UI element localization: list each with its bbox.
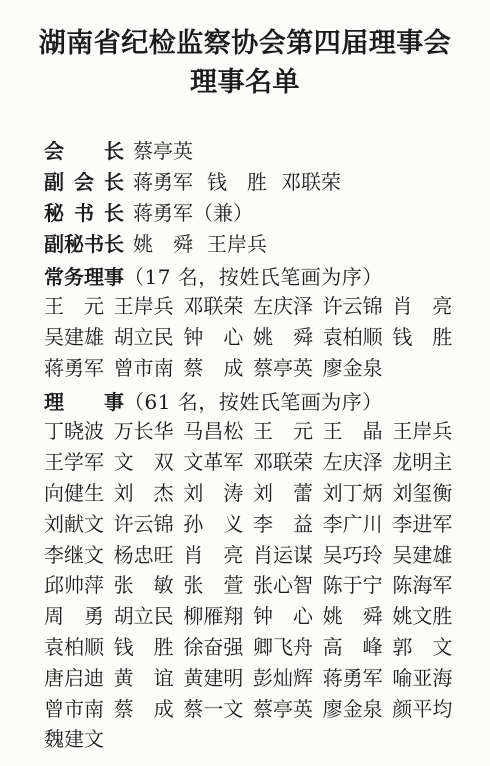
member-name: 许云锦	[323, 291, 393, 322]
member-name: 邓联荣	[253, 447, 323, 478]
member-name: 袁柏顺	[44, 632, 114, 663]
member-name: 蒋勇军	[44, 353, 114, 384]
officer-list: 会长蔡亭英副会长蒋勇军钱胜邓联荣秘书长蒋勇军（兼）副秘书长姚舜王岸兵	[44, 134, 462, 258]
member-name: 王学军	[44, 447, 114, 478]
member-name: 邓联荣	[183, 291, 253, 322]
member-name: 刘丁炳	[323, 478, 393, 509]
document-title: 湖南省纪检监察协会第四届理事会 理事名单	[0, 0, 490, 102]
section-note: （17 名，按姓氏笔画为序）	[124, 261, 383, 290]
section-title-label: 常务理事	[44, 261, 124, 290]
member-name: 卿飞舟	[253, 632, 323, 663]
officer-names: 姚舜王岸兵	[133, 228, 281, 257]
member-name: 周勇	[44, 601, 104, 632]
member-name: 刘玺衡	[392, 478, 462, 509]
member-name: 肖亮	[392, 291, 452, 322]
member-name: 李继文	[44, 540, 114, 571]
member-name: 钱胜	[114, 632, 174, 663]
member-name: 李益	[253, 509, 313, 540]
member-name: 刘蕾	[253, 478, 313, 509]
officer-row-3: 副秘书长姚舜王岸兵	[44, 227, 462, 258]
member-name: 丁晓波	[44, 416, 114, 447]
member-name: 廖金泉	[323, 694, 393, 725]
member-name: 陈于宁	[323, 570, 393, 601]
member-grid: 王元王岸兵邓联荣左庆泽许云锦肖亮吴建雄胡立民钟心姚舜袁柏顺钱胜蒋勇军曾市南蔡成蔡…	[44, 291, 462, 383]
member-name: 刘涛	[183, 478, 243, 509]
member-name: 袁柏顺	[323, 322, 393, 353]
section-header: 理事（61 名，按姓氏笔画为序）	[44, 385, 462, 416]
section-title-label: 理事	[44, 386, 124, 415]
officer-name: 钱胜	[207, 166, 267, 195]
member-name: 高峰	[323, 632, 383, 663]
member-name: 魏建文	[44, 724, 114, 755]
officer-row-2: 秘书长蒋勇军（兼）	[44, 196, 462, 227]
member-name: 黄谊	[114, 663, 174, 694]
title-line-1: 湖南省纪检监察协会第四届理事会	[0, 24, 490, 63]
member-name: 蔡成	[114, 694, 174, 725]
member-name: 左庆泽	[253, 291, 323, 322]
officer-name: 蒋勇军	[133, 197, 193, 226]
member-name: 文革军	[183, 447, 253, 478]
member-name: 廖金泉	[323, 353, 393, 384]
officer-title-label: 副会长	[44, 166, 124, 195]
member-name: 蔡亭英	[253, 694, 323, 725]
officer-name: 姚舜	[133, 228, 193, 257]
document-body: 会长蔡亭英副会长蒋勇军钱胜邓联荣秘书长蒋勇军（兼）副秘书长姚舜王岸兵 常务理事（…	[0, 102, 490, 755]
member-name: 钱胜	[392, 322, 452, 353]
member-name: 陈海军	[392, 570, 462, 601]
member-name: 颜平均	[392, 694, 462, 725]
member-name: 钟心	[253, 601, 313, 632]
member-name: 杨忠旺	[114, 540, 184, 571]
member-name: 蔡一文	[183, 694, 253, 725]
title-line-2: 理事名单	[0, 63, 490, 102]
member-name: 胡立民	[114, 322, 184, 353]
member-name: 钟心	[183, 322, 243, 353]
member-name: 吴建雄	[44, 322, 114, 353]
member-name: 蔡成	[183, 353, 243, 384]
member-sections: 常务理事（17 名，按姓氏笔画为序）王元王岸兵邓联荣左庆泽许云锦肖亮吴建雄胡立民…	[44, 260, 462, 755]
member-name: 吴建雄	[392, 540, 462, 571]
member-name: 左庆泽	[323, 447, 393, 478]
member-name: 姚舜	[323, 601, 383, 632]
member-name: 王岸兵	[114, 291, 184, 322]
member-name: 胡立民	[114, 601, 184, 632]
officer-names: 蔡亭英	[133, 135, 207, 164]
member-name: 喻亚海	[392, 663, 462, 694]
officer-title-label: 副秘书长	[44, 228, 124, 257]
member-name: 王元	[44, 291, 104, 322]
officer-name: 王岸兵	[207, 228, 267, 257]
member-name: 肖亮	[183, 540, 243, 571]
member-name: 黄建明	[183, 663, 253, 694]
member-name: 张敏	[114, 570, 174, 601]
member-name: 王元	[253, 416, 313, 447]
section-header: 常务理事（17 名，按姓氏笔画为序）	[44, 260, 462, 291]
member-name: 蒋勇军	[323, 663, 393, 694]
officer-names: 蒋勇军（兼）	[133, 197, 253, 226]
officer-name-suffix: （兼）	[193, 197, 253, 226]
member-name: 肖运谋	[253, 540, 323, 571]
member-name: 马昌松	[183, 416, 253, 447]
officer-name: 蒋勇军	[133, 166, 193, 195]
member-name: 郭文	[392, 632, 452, 663]
member-section-1: 理事（61 名，按姓氏笔画为序）丁晓波万长华马昌松王元王晶王岸兵王学军文双文革军…	[44, 385, 462, 755]
member-name: 邱帅萍	[44, 570, 114, 601]
member-name: 吴巧玲	[323, 540, 393, 571]
member-name: 孙义	[183, 509, 243, 540]
member-name: 姚舜	[253, 322, 313, 353]
member-name: 刘献文	[44, 509, 114, 540]
document-page: 湖南省纪检监察协会第四届理事会 理事名单 会长蔡亭英副会长蒋勇军钱胜邓联荣秘书长…	[0, 0, 490, 766]
member-name: 李广川	[323, 509, 393, 540]
officer-row-1: 副会长蒋勇军钱胜邓联荣	[44, 165, 462, 196]
officer-title-label: 秘书长	[44, 197, 124, 226]
member-name: 徐奋强	[183, 632, 253, 663]
member-name: 张萱	[183, 570, 243, 601]
member-name: 龙明主	[392, 447, 462, 478]
member-section-0: 常务理事（17 名，按姓氏笔画为序）王元王岸兵邓联荣左庆泽许云锦肖亮吴建雄胡立民…	[44, 260, 462, 383]
officer-names: 蒋勇军钱胜邓联荣	[133, 166, 355, 195]
member-name: 彭灿辉	[253, 663, 323, 694]
member-name: 许云锦	[114, 509, 184, 540]
member-name: 王岸兵	[392, 416, 462, 447]
member-name: 刘杰	[114, 478, 174, 509]
section-note: （61 名，按姓氏笔画为序）	[124, 386, 383, 415]
member-name: 文双	[114, 447, 174, 478]
member-name: 姚文胜	[392, 601, 462, 632]
member-name: 向健生	[44, 478, 114, 509]
member-name: 李进军	[392, 509, 462, 540]
officer-title-label: 会长	[44, 135, 124, 164]
member-name: 万长华	[114, 416, 184, 447]
officer-row-0: 会长蔡亭英	[44, 134, 462, 165]
member-name: 曾市南	[44, 694, 114, 725]
member-name: 蔡亭英	[253, 353, 323, 384]
member-name: 张心智	[253, 570, 323, 601]
officer-name: 蔡亭英	[133, 135, 193, 164]
member-name: 唐启迪	[44, 663, 114, 694]
member-grid: 丁晓波万长华马昌松王元王晶王岸兵王学军文双文革军邓联荣左庆泽龙明主向健生刘杰刘涛…	[44, 416, 462, 755]
member-name: 柳雁翔	[183, 601, 253, 632]
member-name: 王晶	[323, 416, 383, 447]
member-name: 曾市南	[114, 353, 184, 384]
officer-name: 邓联荣	[281, 166, 341, 195]
